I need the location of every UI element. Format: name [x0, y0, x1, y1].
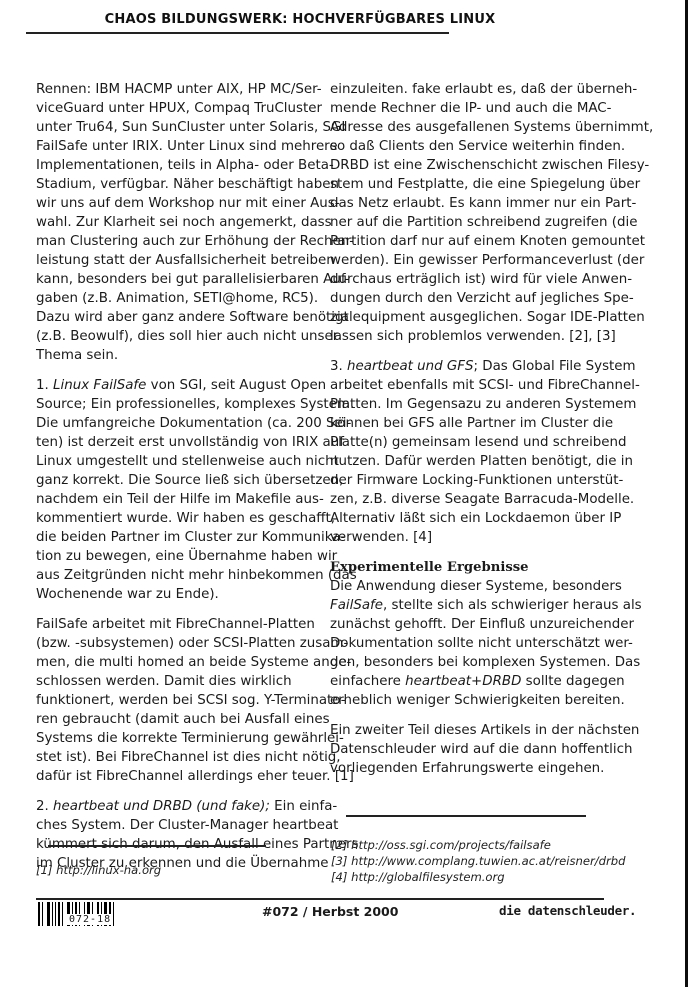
- paragraph-linux-failsafe: 1. Linux FailSafe von SGI, seit August O…: [36, 376, 316, 604]
- running-header-title: CHAOS BILDUNGSWERK: HOCHVERFÜGBARES LINU…: [0, 12, 600, 27]
- footnote-rule-right: [346, 815, 586, 817]
- barcode-number: 072-18: [67, 914, 113, 925]
- paragraph-cluster-overview: Rennen: IBM HACMP unter AIX, HP MC/Ser- …: [36, 80, 316, 365]
- page-edge: [685, 0, 688, 987]
- footnote-rule-left: [48, 845, 266, 847]
- speck: [427, 770, 429, 772]
- header-rule: [26, 32, 449, 34]
- footer-rule: [36, 898, 604, 900]
- footnote-2[interactable]: [2] http://oss.sgi.com/projects/failsafe: [331, 837, 551, 853]
- emphasis: Linux FailSafe: [53, 378, 146, 393]
- footnote-4[interactable]: [4] http://globalfilesystem.org: [331, 869, 505, 885]
- right-column: einzuleiten. fake erlaubt es, daß der üb…: [330, 80, 615, 789]
- issue-label: #072 / Herbst 2000: [262, 904, 398, 919]
- paragraph-fake-drbd: einzuleiten. fake erlaubt es, daß der üb…: [330, 80, 615, 346]
- paragraph-failsafe-storage: FailSafe arbeitet mit FibreChannel-Platt…: [36, 615, 316, 786]
- paragraph-outlook: Ein zweiter Teil dieses Artikels in der …: [330, 721, 615, 778]
- emphasis: FailSafe: [330, 598, 383, 613]
- left-column: Rennen: IBM HACMP unter AIX, HP MC/Ser- …: [36, 80, 316, 884]
- publication-brand: die datenschleuder.: [499, 903, 636, 918]
- section-heading-results: Experimentelle Ergebnisse: [330, 558, 615, 577]
- paragraph-results: Die Anwendung dieser Systeme, besonders …: [330, 577, 615, 710]
- emphasis: heartbeat und GFS: [347, 359, 473, 374]
- footnote-1[interactable]: [1] http://linux-ha.org: [36, 862, 161, 878]
- emphasis: heartbeat und DRBD (und fake);: [53, 799, 270, 814]
- paragraph-heartbeat-gfs: 3. heartbeat und GFS; Das Global File Sy…: [330, 357, 615, 547]
- emphasis: heartbeat+DRBD: [405, 674, 521, 689]
- footnote-3[interactable]: [3] http://www.complang.tuwien.ac.at/rei…: [331, 853, 626, 869]
